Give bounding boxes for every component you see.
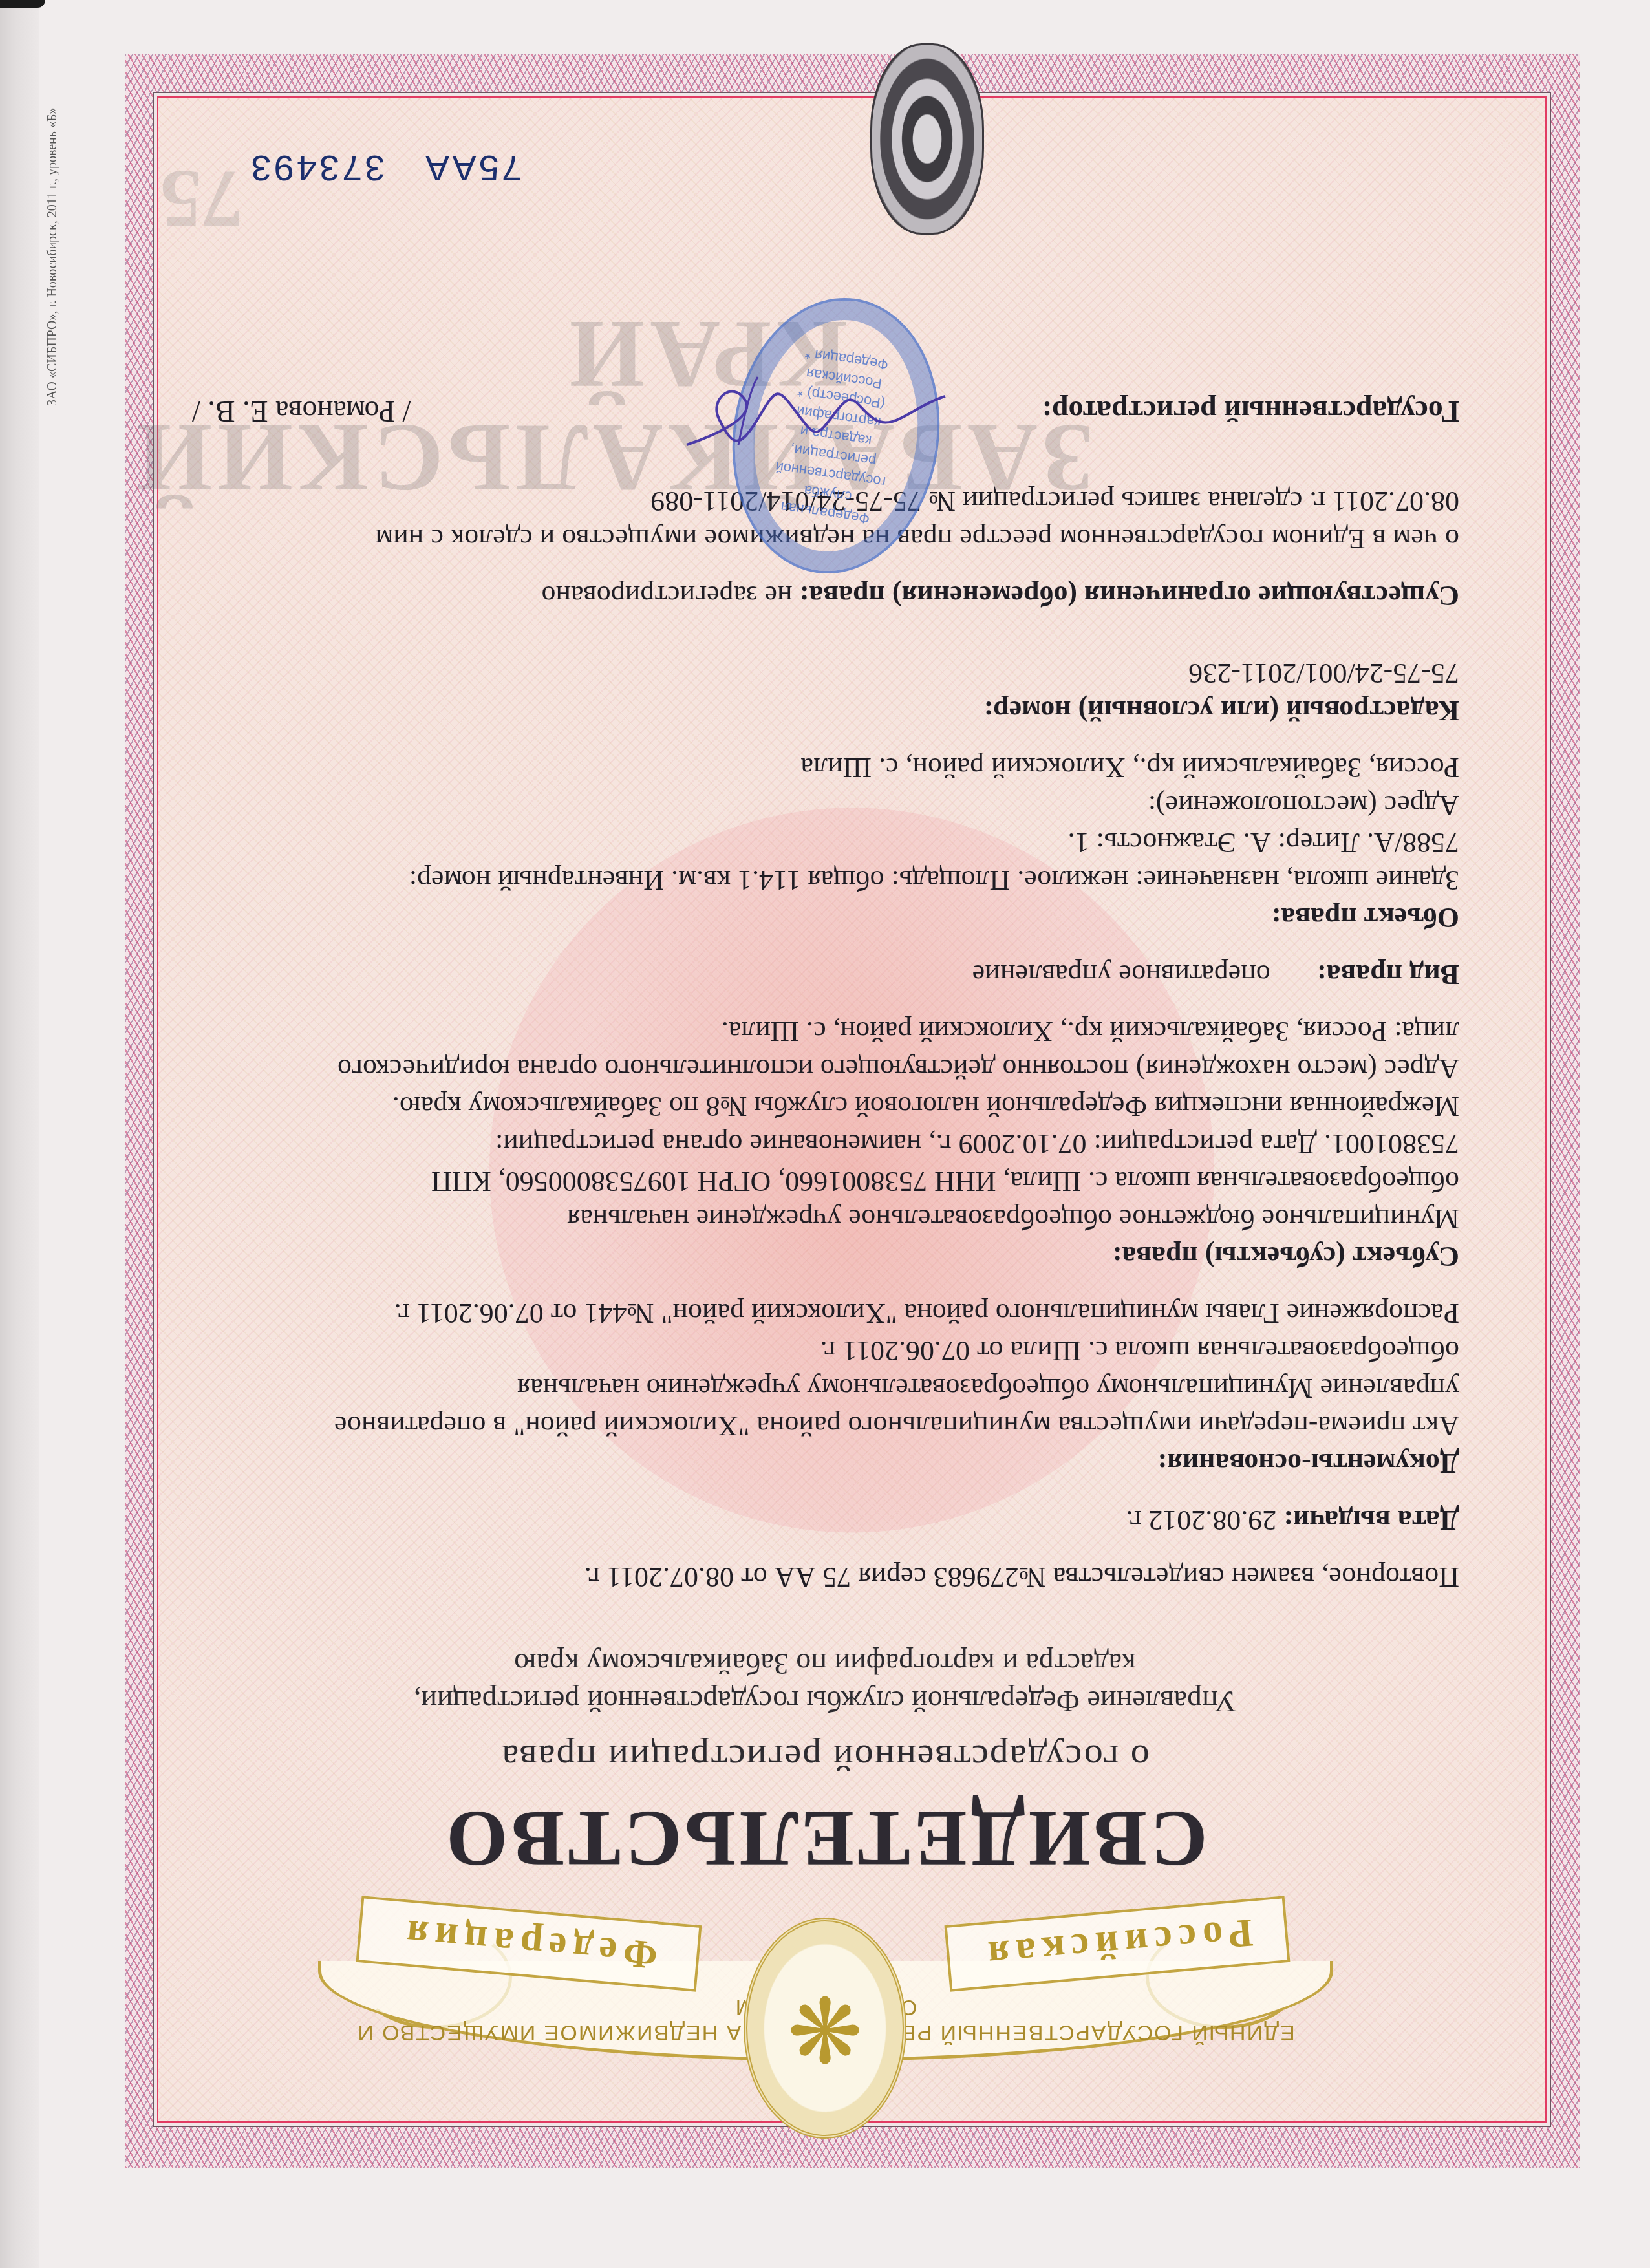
signature-icon (680, 374, 952, 458)
right-type-label: Вид права: (1317, 959, 1459, 990)
basis-line: общеобразовательная школа с. Шила от 07.… (179, 1332, 1459, 1369)
object-line: Адрес (местоположение): (179, 786, 1459, 824)
document-title: СВИДЕТЕЛЬСТВО (0, 1793, 1650, 1883)
security-rosette-icon (870, 43, 984, 235)
document-subtitle: о государственной регистрации права (0, 1737, 1650, 1780)
subject-line: лица: Россия, Забайкальский кр., Хилокск… (179, 1012, 1459, 1050)
issue-date-label: Дата выдачи: (1283, 1504, 1459, 1536)
basis-line: управление Муниципальному общеобразовате… (179, 1369, 1459, 1407)
issuer-line: Управление Федеральной службы государств… (0, 1682, 1650, 1720)
encumbrances-label: Существующие ограничения (обременения) п… (800, 580, 1459, 612)
encumbrances-row: Существующие ограничения (обременения) п… (179, 577, 1459, 614)
cadastral-label: Кадастровый (или условный) номер: (179, 692, 1459, 729)
object-line: Здание школа, назначение: нежилое. Площа… (179, 861, 1459, 899)
subject-line: Адрес (место нахождения) постоянно дейст… (179, 1050, 1459, 1087)
subject-line: Муниципальное бюджетное общеобразователь… (179, 1200, 1459, 1237)
subject-line: Межрайонная инспекция Федеральной налого… (179, 1087, 1459, 1125)
issue-date-row: Дата выдачи: 29.08.2012 г. (179, 1501, 1459, 1539)
issuing-authority: Управление Федеральной службы государств… (0, 1645, 1650, 1720)
scan-corner (0, 0, 45, 8)
scan-edge (0, 0, 39, 2268)
basis-documents-label: Документы-основания: (179, 1444, 1459, 1482)
object-line: 7588/А. Литер: А. Этажность: 1. (179, 824, 1459, 861)
basis-line: Распоряжение Главы муниципального района… (179, 1294, 1459, 1332)
serial-digits: 373493 (248, 148, 385, 189)
right-type-value: оперативное управление (972, 959, 1270, 990)
certificate-sheet: ЗАО «СИБПРО», г. Новосибирск, 2011 г., у… (0, 0, 1650, 2268)
subject-label: Субъект (субъекты) права: (179, 1237, 1459, 1275)
subject-line: общеобразовательная школа с. Шила, ИНН 7… (179, 1162, 1459, 1200)
issue-date-value: 29.08.2012 г. (1126, 1504, 1276, 1536)
issuer-line: кадастра и картографии по Забайкальскому… (0, 1645, 1650, 1682)
subject-line: 753801001. Дата регистрации: 07.10.2009 … (179, 1125, 1459, 1162)
basis-line: Акт приема-передачи имущества муниципаль… (179, 1407, 1459, 1444)
region-code-watermark: 75 (160, 151, 244, 248)
registrar-label: Государственный регистратор: (1042, 395, 1459, 428)
object-line: Россия, Забайкальский кр., Хилокский рай… (179, 749, 1459, 786)
serial-series: 75АА (423, 148, 522, 189)
serial-number: 75АА 373493 (248, 147, 522, 189)
coat-of-arms-icon: ❋ (744, 1918, 906, 2139)
right-type-row: Вид права: оперативное управление (179, 956, 1459, 993)
cadastral-number: 75-75-24/001/2011-236 (179, 654, 1459, 692)
certificate-body: Повторное, взамен свидетельства №279683 … (179, 482, 1459, 1596)
reissue-note: Повторное, взамен свидетельства №279683 … (179, 1558, 1459, 1596)
encumbrances-value: не зарегистрировано (541, 580, 792, 612)
object-label: Объект права: (179, 899, 1459, 936)
registrar-name: / Романова Е. В. / (192, 394, 411, 429)
printer-imprint: ЗАО «СИБПРО», г. Новосибирск, 2011 г., у… (45, 108, 60, 406)
